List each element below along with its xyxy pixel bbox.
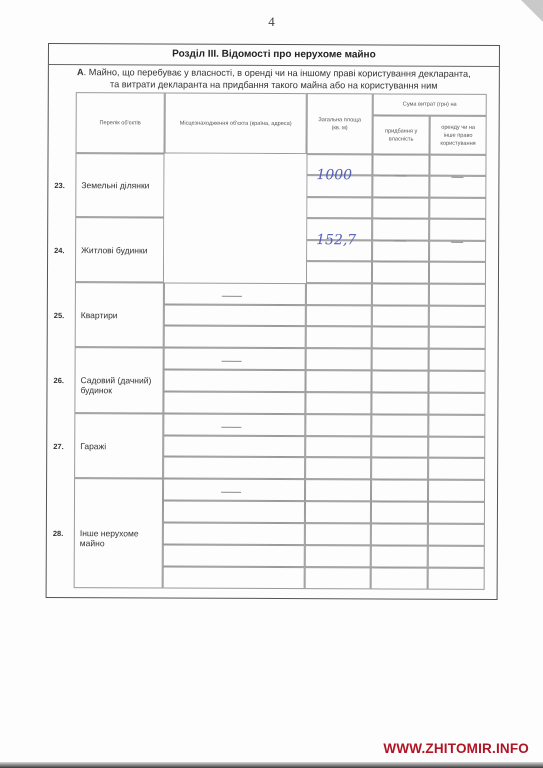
handwritten-area: 152,7 xyxy=(316,232,356,248)
rent-cell xyxy=(429,176,486,198)
row-number: 27. xyxy=(53,442,63,451)
row-label-cell: 24.Житлові будинки xyxy=(75,217,164,282)
area-cell xyxy=(305,414,371,436)
location-cell xyxy=(163,523,305,546)
location-cell xyxy=(163,370,305,393)
row-label-cell: 27.Гаражі xyxy=(74,413,163,478)
location-cell xyxy=(164,326,306,348)
section-subtitle: А. Майно, що перебуває у власності, в ор… xyxy=(57,66,491,92)
row-label-cell: 28.Інше нерухоме майно xyxy=(74,478,163,588)
purchase-cell xyxy=(372,283,429,305)
location-cell xyxy=(163,567,305,590)
row-label: Інше нерухоме майно xyxy=(80,528,160,548)
area-cell xyxy=(305,392,371,414)
row-label-cell: 23.Земельні ділянки xyxy=(75,153,164,217)
purchase-cell xyxy=(372,154,429,176)
redacted-location xyxy=(164,218,306,284)
row-label-cell: 25.Квартири xyxy=(75,282,164,347)
header-expenses-group: Сума витрат (грн) на xyxy=(373,93,487,115)
area-cell xyxy=(306,348,372,370)
scan-edge xyxy=(0,762,543,768)
row-label: Садовий (дачний) будинок xyxy=(80,375,160,395)
row-label-cell: 26.Садовий (дачний) будинок xyxy=(74,347,163,413)
dash-mark-location xyxy=(222,296,242,297)
row-label: Квартири xyxy=(81,310,161,320)
section-title: Розділ III. Відомості про нерухоме майно xyxy=(49,44,499,67)
purchase-cell xyxy=(371,501,428,523)
rent-cell xyxy=(429,240,486,262)
area-cell xyxy=(305,501,371,523)
dash-mark-location xyxy=(221,492,241,493)
location-cell xyxy=(164,283,306,305)
row-number: 28. xyxy=(53,529,63,538)
row-number: 25. xyxy=(54,311,64,320)
area-cell xyxy=(306,305,372,327)
rent-cell xyxy=(428,568,485,590)
row-number: 26. xyxy=(54,376,64,385)
purchase-cell xyxy=(371,479,428,501)
page-number: 4 xyxy=(0,14,543,30)
area-cell xyxy=(305,436,371,458)
location-cell xyxy=(163,501,305,524)
row-label: Житлові будинки xyxy=(81,245,161,255)
location-cell xyxy=(163,457,305,479)
rent-cell xyxy=(428,502,485,524)
purchase-cell xyxy=(371,523,428,545)
handwritten-area: 1000 xyxy=(316,168,352,184)
dash-mark-location xyxy=(221,427,241,428)
purchase-cell xyxy=(371,567,428,589)
rent-cell xyxy=(429,327,486,349)
redacted-location xyxy=(164,154,306,219)
rent-cell xyxy=(429,305,486,327)
purchase-cell xyxy=(371,414,428,436)
area-cell xyxy=(305,523,371,545)
purchase-cell xyxy=(372,348,429,370)
real-estate-table: Перелік об'єктів Місцезнаходження об'єкт… xyxy=(74,92,487,594)
location-cell xyxy=(163,545,305,568)
dash-mark-purchase xyxy=(394,240,406,241)
rent-cell xyxy=(429,262,486,284)
area-cell xyxy=(306,283,372,305)
subtitle-line-1: . Майно, що перебуває у власності, в оре… xyxy=(84,67,471,79)
location-cell xyxy=(163,414,305,436)
rent-cell xyxy=(428,480,485,502)
dash-mark-location xyxy=(222,361,242,362)
area-cell xyxy=(305,457,371,479)
purchase-cell xyxy=(371,392,428,414)
area-cell xyxy=(305,479,371,501)
area-cell xyxy=(305,545,371,567)
location-cell xyxy=(163,435,305,457)
row-number: 23. xyxy=(54,181,64,190)
location-cell xyxy=(163,479,305,502)
rent-cell xyxy=(428,393,485,415)
rent-cell xyxy=(428,546,485,568)
purchase-cell xyxy=(371,436,428,458)
subtitle-line-2: та витрати декларанта на придбання таког… xyxy=(110,79,438,90)
purchase-cell xyxy=(371,545,428,567)
area-cell xyxy=(305,370,371,392)
area-cell xyxy=(306,326,372,348)
area-cell xyxy=(306,197,372,219)
row-number: 24. xyxy=(54,246,64,255)
purchase-cell xyxy=(372,240,429,262)
rent-cell xyxy=(428,436,485,458)
section-frame: Розділ III. Відомості про нерухоме майно… xyxy=(46,43,500,600)
rent-cell xyxy=(428,524,485,546)
purchase-cell xyxy=(372,176,429,198)
row-label: Гаражі xyxy=(80,441,160,451)
row-label: Земельні ділянки xyxy=(81,180,161,190)
purchase-cell xyxy=(372,197,429,219)
purchase-cell xyxy=(372,218,429,240)
dash-mark-purchase xyxy=(394,176,406,177)
rent-cell xyxy=(429,284,486,306)
rent-cell xyxy=(429,349,486,371)
dash-mark-rent xyxy=(451,241,463,242)
header-objects: Перелік об'єктів xyxy=(76,92,165,153)
area-cell xyxy=(305,567,371,589)
area-cell xyxy=(306,261,372,283)
purchase-cell xyxy=(371,370,428,392)
rent-cell xyxy=(428,415,485,437)
header-area: Загальна площа (кв. м) xyxy=(307,93,373,154)
site-watermark: WWW.ZHITOMIR.INFO xyxy=(383,741,529,756)
purchase-cell xyxy=(372,262,429,284)
location-cell xyxy=(163,392,305,415)
location-cell xyxy=(164,348,306,371)
rent-cell xyxy=(429,219,486,241)
header-location: Місцезнаходження об'єкта (країна, адреса… xyxy=(165,93,307,155)
location-cell xyxy=(164,304,306,326)
rent-cell xyxy=(429,197,486,219)
rent-cell xyxy=(429,155,486,177)
header-rent: оренду чи на інше право користування xyxy=(430,116,487,155)
purchase-cell xyxy=(372,305,429,327)
header-purchase: придбання у власність xyxy=(373,115,430,154)
purchase-cell xyxy=(371,458,428,480)
rent-cell xyxy=(428,458,485,480)
dash-mark-rent xyxy=(451,177,463,178)
purchase-cell xyxy=(372,327,429,349)
rent-cell xyxy=(428,371,485,393)
